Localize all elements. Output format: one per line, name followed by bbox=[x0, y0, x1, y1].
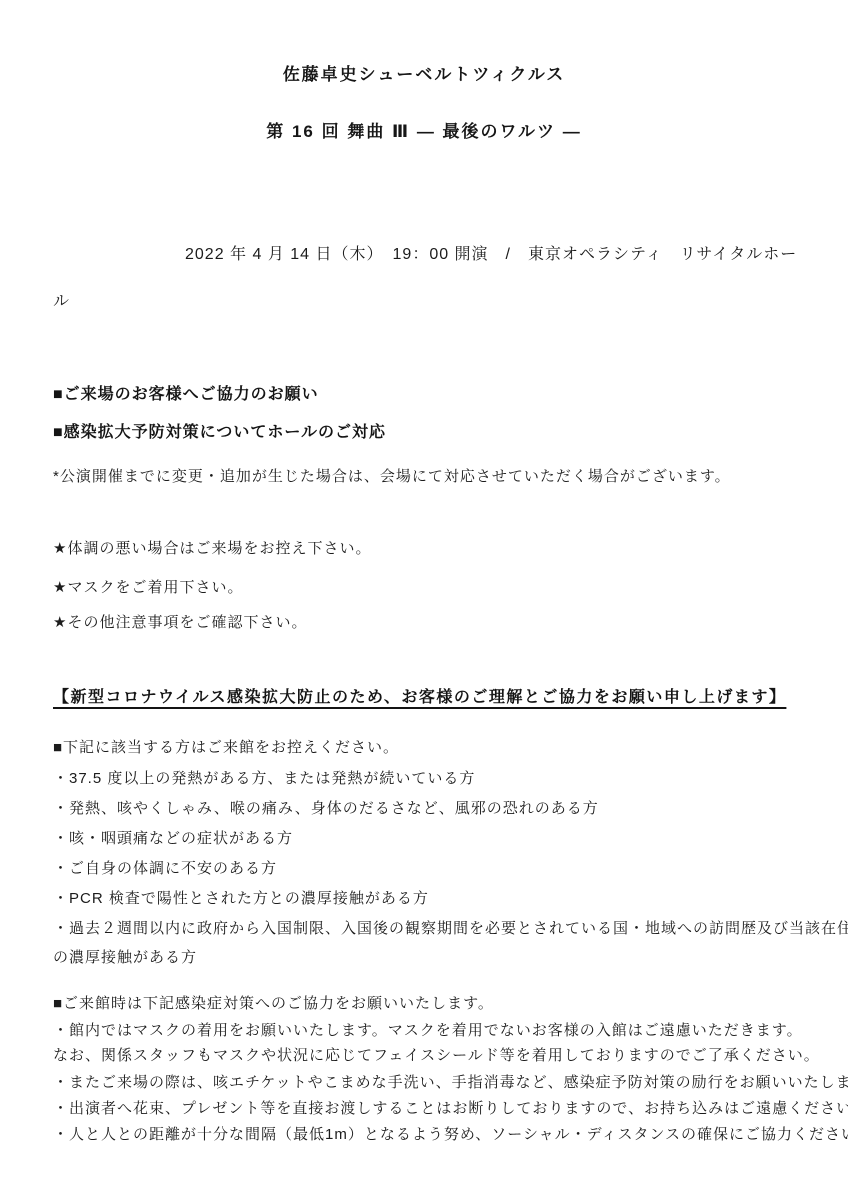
star-note-health: ★体調の悪い場合はご来場をお控え下さい。 bbox=[53, 538, 371, 560]
measures-list-item: ・館内ではマスクの着用をお願いいたします。マスクを着用でないお客様の入館はご遠慮… bbox=[53, 1020, 803, 1042]
refrain-list-item: ・発熱、咳やくしゃみ、喉の痛み、身体のだるさなど、風邪の恐れのある方 bbox=[53, 798, 599, 820]
refrain-list-item: ・咳・咽頭痛などの症状がある方 bbox=[53, 828, 293, 850]
series-title: 佐藤卓史シューベルトツィクルス bbox=[0, 64, 848, 86]
star-note-mask: ★マスクをご着用下さい。 bbox=[53, 577, 243, 599]
measures-list-item: ・人と人との距離が十分な間隔（最低1m）となるよう努め、ソーシャル・ディスタンス… bbox=[53, 1124, 848, 1146]
event-venue-wrap: ル bbox=[53, 291, 70, 313]
heading-visitor-request: ■ご来場のお客様へご協力のお願い bbox=[53, 384, 319, 406]
covid-notice-banner: 【新型コロナウイルス感染拡大防止のため、お客様のご理解とご協力をお願い申し上げま… bbox=[53, 687, 786, 709]
measures-list-item: ・またご来場の際は、咳エチケットやこまめな手洗い、手指消毒など、感染症予防対策の… bbox=[53, 1072, 848, 1094]
note-schedule-change: *公演開催までに変更・追加が生じた場合は、会場にて対応させていただく場合がござい… bbox=[53, 466, 731, 488]
heading-hall-measures: ■感染拡大予防対策についてホールのご対応 bbox=[53, 422, 386, 444]
refrain-list-item-wrap: の濃厚接触がある方 bbox=[53, 947, 197, 969]
event-datetime-venue: 2022 年 4 月 14 日（木） 19：00 開演 / 東京オペラシティ リ… bbox=[185, 244, 797, 266]
program-title: 第 16 回 舞曲 Ⅲ ― 最後のワルツ ― bbox=[0, 121, 848, 143]
measures-list-header: ■ご来館時は下記感染症対策へのご協力をお願いいたします。 bbox=[53, 993, 494, 1015]
refrain-list-item: ・過去２週間以内に政府から入国制限、入国後の観察期間を必要とされている国・地域へ… bbox=[53, 918, 848, 940]
refrain-list-header: ■下記に該当する方はご来館をお控えください。 bbox=[53, 737, 399, 759]
refrain-list-item: ・37.5 度以上の発熱がある方、または発熱が続いている方 bbox=[53, 768, 475, 790]
measures-list-item-wrap: なお、関係スタッフもマスクや状況に応じてフェイスシールド等を着用しておりますので… bbox=[53, 1045, 820, 1067]
refrain-list-item: ・PCR 検査で陽性とされた方との濃厚接触がある方 bbox=[53, 888, 429, 910]
document-page: 佐藤卓史シューベルトツィクルス 第 16 回 舞曲 Ⅲ ― 最後のワルツ ― 2… bbox=[0, 0, 848, 1200]
refrain-list-item: ・ご自身の体調に不安のある方 bbox=[53, 858, 277, 880]
measures-list-item: ・出演者へ花束、プレゼント等を直接お渡しすることはお断りしておりますので、お持ち… bbox=[53, 1098, 848, 1120]
star-note-other: ★その他注意事項をご確認下さい。 bbox=[53, 612, 307, 634]
